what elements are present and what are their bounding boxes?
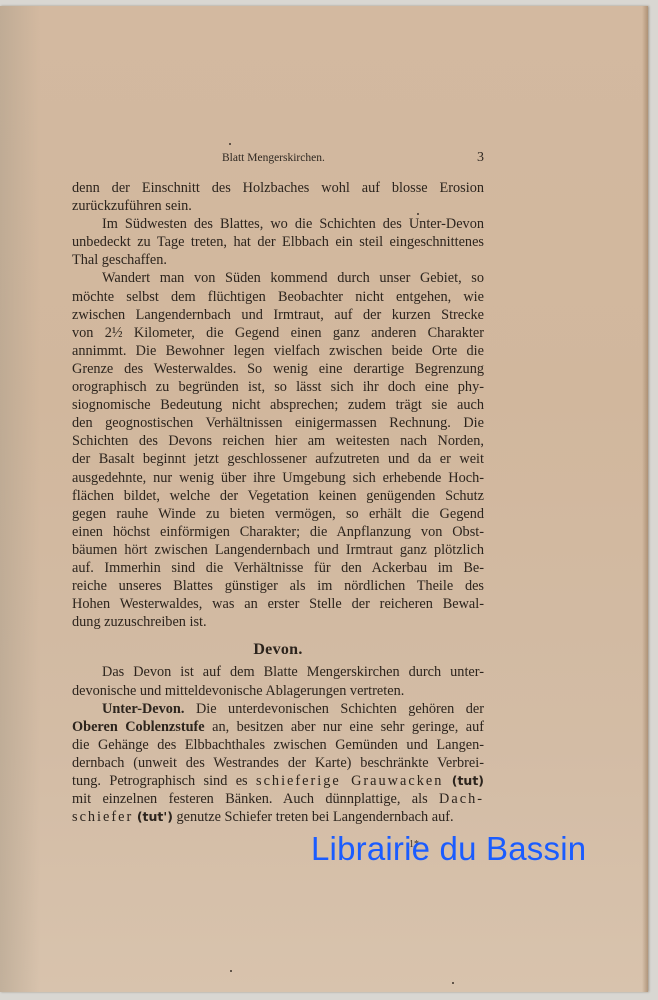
text-line: zurückzuführen sein. bbox=[72, 197, 484, 215]
text-run: genutze Schiefer treten bei Langendernba… bbox=[177, 809, 454, 825]
foxing-spot bbox=[452, 982, 454, 984]
text-line: unbedeckt zu Tage treten, hat der Elbbac… bbox=[72, 233, 484, 251]
text-line: Grenze des Westerwaldes. So wenig eine d… bbox=[72, 360, 484, 378]
text-line: orographisch zu begründen ist, so lässt … bbox=[72, 378, 484, 396]
text-line: von 2½ Kilometer, die Gegend einen ganz … bbox=[72, 324, 484, 342]
text-line: tung. Petrographisch sind es schieferige… bbox=[72, 772, 484, 790]
spaced-term: Dach- bbox=[439, 791, 484, 807]
running-title: Blatt Mengerskirchen. bbox=[222, 152, 325, 164]
watermark: Librairie du Bassin bbox=[311, 830, 586, 868]
foxing-spot bbox=[230, 970, 232, 972]
text-line: auf. Immerhin sind die Verhältnisse für … bbox=[72, 559, 484, 577]
foxing-spot bbox=[229, 143, 231, 145]
paragraph-1: denn der Einschnitt des Holzbaches wohl … bbox=[72, 179, 484, 215]
text-line: Thal geschaffen. bbox=[72, 251, 484, 269]
text-run: an, besitzen aber nur eine sehr geringe,… bbox=[212, 719, 484, 735]
text-line: annimmt. Die Bewohner legen vielfach zwi… bbox=[72, 342, 484, 360]
text-line: ausgedehnte, nur wenig über ihre Umgebun… bbox=[72, 469, 484, 487]
text-line: reiche unseres Blattes günstiger als im … bbox=[72, 577, 484, 595]
stratum-name: Oberen Coblenzstufe bbox=[72, 719, 205, 735]
text-line: Schichten des Devons reichen hier am wei… bbox=[72, 432, 484, 450]
body-text: denn der Einschnitt des Holzbaches wohl … bbox=[72, 179, 484, 826]
text-run: tung. Petrographisch sind es bbox=[72, 773, 248, 789]
text-line: Oberen Coblenzstufe an, besitzen aber nu… bbox=[72, 718, 484, 736]
map-symbol: (tut') bbox=[137, 809, 173, 824]
spaced-term: schieferige Grauwacken bbox=[256, 773, 443, 789]
text-line: dung zuzuschreiben ist. bbox=[72, 613, 484, 631]
text-line: flächen bildet, welche der Vegetation ke… bbox=[72, 487, 484, 505]
text-line: Hohen Westerwaldes, was an erster Stelle… bbox=[72, 595, 484, 613]
text-line: Wandert man von Süden kommend durch unse… bbox=[72, 269, 484, 287]
text-line: möchte selbst dem flüchtigen Beobachter … bbox=[72, 288, 484, 306]
text-line: mit einzelnen festeren Bänken. Auch dünn… bbox=[72, 790, 484, 808]
text-line: den geognostischen Verhältnissen einiger… bbox=[72, 414, 484, 432]
paragraph-2: Im Südwesten des Blattes, wo die Schicht… bbox=[72, 215, 484, 269]
text-line: der Basalt beginnt jetzt geschlossener a… bbox=[72, 450, 484, 468]
subsection-heading: Unter-Devon. bbox=[102, 701, 184, 717]
text-line: bäumen hört zwischen Langendernbach und … bbox=[72, 541, 484, 559]
text-line: denn der Einschnitt des Holzbaches wohl … bbox=[72, 179, 484, 197]
paragraph-4: Das Devon ist auf dem Blatte Mengerskirc… bbox=[72, 663, 484, 699]
text-line: devonische und mitteldevonische Ablageru… bbox=[72, 682, 484, 700]
text-line: zwischen Langendernbach und Irmtraut, au… bbox=[72, 306, 484, 324]
text-line: Unter-Devon. Die unterdevonischen Schich… bbox=[72, 700, 484, 718]
text-run: Die unterdevonischen Schichten gehören d… bbox=[196, 701, 484, 717]
text-line: die Gehänge des Elbbachthales zwischen G… bbox=[72, 736, 484, 754]
text-line: siognomische Bedeutung nicht absprechen;… bbox=[72, 396, 484, 414]
spaced-term: schiefer bbox=[72, 809, 133, 825]
text-line: gegen rauhe Winde zu bieten vermögen, so… bbox=[72, 505, 484, 523]
running-head: Blatt Mengerskirchen. 3 bbox=[72, 152, 484, 168]
section-heading: Devon. bbox=[72, 641, 484, 659]
map-symbol: (tut) bbox=[452, 773, 484, 788]
foxing-spot bbox=[417, 213, 419, 215]
text-line: dernbach (unweit des Westrandes der Kart… bbox=[72, 754, 484, 772]
text-line: einen höchst einförmigen Charakter; die … bbox=[72, 523, 484, 541]
paragraph-5: Unter-Devon. Die unterdevonischen Schich… bbox=[72, 700, 484, 827]
text-line: Das Devon ist auf dem Blatte Mengerskirc… bbox=[72, 663, 484, 681]
text-line: schiefer (tut') genutze Schiefer treten … bbox=[72, 808, 484, 826]
page-number: 3 bbox=[477, 150, 484, 166]
paragraph-3: Wandert man von Süden kommend durch unse… bbox=[72, 269, 484, 631]
text-line: Im Südwesten des Blattes, wo die Schicht… bbox=[72, 215, 484, 233]
text-run: mit einzelnen festeren Bänken. Auch dünn… bbox=[72, 791, 428, 807]
